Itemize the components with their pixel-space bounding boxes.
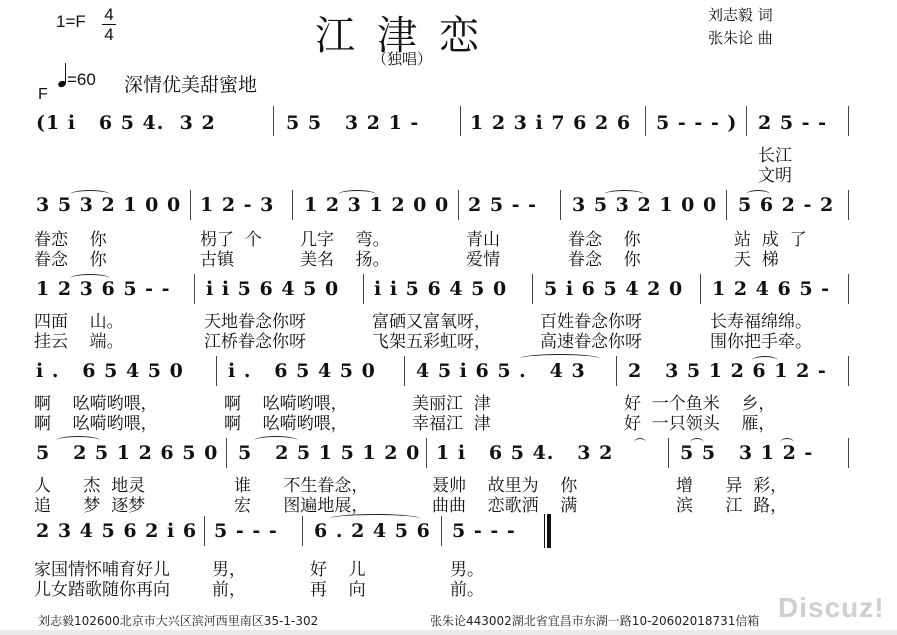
barline [458, 190, 459, 220]
lyric-verse-2: 宏 图遍地展， [234, 496, 368, 516]
lyric-verse-1: 枴了 个 [200, 230, 262, 250]
measure-notes: i . 6 5 4 5 0 [228, 360, 376, 382]
barline [426, 438, 427, 468]
barline [746, 106, 747, 136]
measure-notes: 5 - - - ) [656, 112, 737, 134]
lyric-verse-2: 爱情 [466, 250, 500, 270]
lyric-verse-2: 滨 江 路， [676, 496, 787, 516]
lyric-verse-2: 眷念 你 [34, 250, 107, 270]
quarter-note-icon [57, 80, 67, 88]
barline [616, 356, 617, 386]
barline [226, 438, 227, 468]
lyric-verse-2: 前。 [450, 580, 484, 600]
lyric-verse-2: 追 梦 逐梦 [34, 496, 145, 516]
measure-notes: 5 2 5 1 5 1 2 0 [238, 442, 420, 464]
barline [645, 106, 646, 136]
key-signature: 1=F [56, 12, 86, 32]
lyricist-credit: 刘志毅 词 [708, 4, 773, 27]
barline [216, 356, 217, 386]
lyric-verse-2: 幸福江 津 [412, 414, 491, 434]
measure-notes: 1 i 6 5 4. 3 2 [436, 442, 613, 464]
lyric-verse-2: 啊 吆嗬哟喂， [224, 414, 348, 434]
barline [363, 274, 364, 304]
barline [848, 356, 849, 386]
lyric-verse-1: 青山 [466, 230, 500, 250]
measure-notes: 6 . 2 4 5 6 [314, 520, 431, 542]
composer-credit: 张朱论 曲 [708, 27, 773, 50]
measure-notes: 5 5 3 1 2 - [680, 442, 813, 464]
measure-notes: 2 5 - - [468, 194, 537, 216]
lyric-verse-1: 家国情怀哺育好儿 [34, 560, 170, 580]
lyric-verse-1: 站 成 了 [734, 230, 807, 250]
lyric-verse-1: 长寿福绵绵。 [710, 312, 812, 332]
song-subtitle: （独唱） [372, 48, 432, 69]
time-signature-bottom: 4 [102, 26, 116, 43]
tempo-key: F [38, 86, 48, 104]
measure-notes: 1 2 - 3 [200, 194, 274, 216]
lyric-verse-1: 聂帅 故里为 你 [432, 476, 577, 496]
lyric-verse-1: 男， [212, 560, 246, 580]
lyric-verse-2: 前， [212, 580, 246, 600]
measure-notes: 5 - - - [452, 520, 516, 542]
measure-notes: 5 i 6 5 4 2 0 [544, 278, 683, 300]
measure-notes: (1 i 6 5 4. 3 2 [36, 112, 216, 134]
barline [194, 274, 195, 304]
barline [190, 190, 191, 220]
watermark: Discuz! [778, 592, 885, 624]
barline [700, 274, 701, 304]
measure-notes: 5 2 5 1 2 6 5 0 [36, 442, 218, 464]
lyric-verse-2: 围你把手牵。 [710, 332, 812, 352]
lyric-verse-1: 增 异 彩， [676, 476, 787, 496]
measure-notes: 1 2 3 i 7 6 2 6 [470, 112, 631, 134]
barline [848, 438, 849, 468]
composer-address: 张朱论443002湖北省宜昌市东湖一路10-20602018731信箱 [430, 612, 759, 629]
lyric-verse-2: 挂云 端。 [34, 332, 124, 352]
measure-notes: 3 5 3 2 1 0 0 [572, 194, 717, 216]
lyric-verse-1: 美丽江 津 [412, 394, 491, 414]
barline [560, 190, 561, 220]
measure-notes: 3 5 3 2 1 0 0 [36, 194, 181, 216]
lyric-verse-1: 眷念 你 [568, 230, 641, 250]
barline [532, 274, 533, 304]
lyric-verse-1: 富硒又富氧呀， [372, 312, 491, 332]
measure-notes: 2 3 4 5 6 2 i 6 [36, 520, 197, 542]
measure-notes: i . 6 5 4 5 0 [36, 360, 184, 382]
tempo-marking: =60 [58, 70, 96, 90]
lyric-verse-1: 百姓眷念你呀 [540, 312, 642, 332]
lyric-verse-2: 飞架五彩虹呀， [372, 332, 491, 352]
measure-notes: 2 5 - - [758, 112, 827, 134]
measure-notes: 5 6 2 - 2 [738, 194, 834, 216]
lyric-verse-1: 四面 山。 [34, 312, 124, 332]
time-signature-top: 4 [102, 6, 116, 23]
measure-notes: 2 3 5 1 2 6 1 2 - [628, 360, 827, 382]
barline [848, 106, 849, 136]
barline [848, 190, 849, 220]
lyric-verse-1: 谁 不生眷念， [234, 476, 368, 496]
lyric-verse-1: 天地眷念你呀 [204, 312, 306, 332]
lyric-verse-2: 曲曲 恋歌洒 满 [432, 496, 577, 516]
credits: 刘志毅 词 张朱论 曲 [708, 4, 773, 50]
lyric-verse-2: 儿女踏歌随你再向 [34, 580, 170, 600]
final-barline-thick [547, 514, 551, 548]
time-signature: 4 4 [102, 6, 116, 43]
barline [848, 274, 849, 304]
lyric-verse-2: 天 梯 [734, 250, 779, 270]
expression-marking: 深情优美甜蜜地 [124, 70, 257, 97]
bottom-strip [0, 630, 897, 635]
lyric-verse-2: 美名 扬。 [300, 250, 390, 270]
lyric-verse-1: 啊 吆嗬哟喂， [224, 394, 348, 414]
lyric-verse-2: 高速眷念你呀 [540, 332, 642, 352]
lyric-verse-1: 啊 吆嗬哟喂， [34, 394, 158, 414]
lyric-verse-2: 啊 吆嗬哟喂， [34, 414, 158, 434]
barline [292, 190, 293, 220]
barline [460, 106, 461, 136]
lyricist-address: 刘志毅102600北京市大兴区滨河西里南区35-1-302 [38, 612, 318, 629]
lyric-verse-1: 几字 弯。 [300, 230, 390, 250]
final-barline-thin [544, 514, 545, 548]
lyric-verse-2: 眷念 你 [568, 250, 641, 270]
measure-notes: 4 5 i 6 5 . 4 3 [416, 360, 586, 382]
lyric-verse-2: 好 一只领头 雁， [624, 414, 775, 434]
lyric-verse-2: 江桥眷念你呀 [204, 332, 306, 352]
lyric-verse-1: 好 一个鱼米 乡， [624, 394, 775, 414]
barline [204, 516, 205, 546]
measure-notes: 1 2 4 6 5 - [712, 278, 830, 300]
barline [273, 106, 274, 136]
lyric-verse-1: 眷恋 你 [34, 230, 107, 250]
lyric-verse-2: 文明 [758, 166, 792, 186]
measure-notes: i i 5 6 4 5 0 [206, 278, 339, 300]
lyric-verse-2: 再 向 [310, 580, 366, 600]
measure-notes: 1 2 3 1 2 0 0 [304, 194, 449, 216]
tempo-value: =60 [67, 70, 96, 89]
slur [634, 438, 646, 447]
measure-notes: i i 5 6 4 5 0 [374, 278, 507, 300]
lyric-verse-1: 男。 [450, 560, 484, 580]
measure-notes: 1 2 3 6 5 - - [36, 278, 171, 300]
lyric-verse-1: 长江 [758, 146, 792, 166]
barline [726, 190, 727, 220]
barline [441, 516, 442, 546]
barline [302, 516, 303, 546]
measure-notes: 5 5 3 2 1 - [286, 112, 419, 134]
lyric-verse-1: 好 儿 [310, 560, 366, 580]
barline [404, 356, 405, 386]
lyric-verse-1: 人 杰 地灵 [34, 476, 145, 496]
measure-notes: 5 - - - [214, 520, 278, 542]
lyric-verse-2: 古镇 [200, 250, 234, 270]
barline [668, 438, 669, 468]
